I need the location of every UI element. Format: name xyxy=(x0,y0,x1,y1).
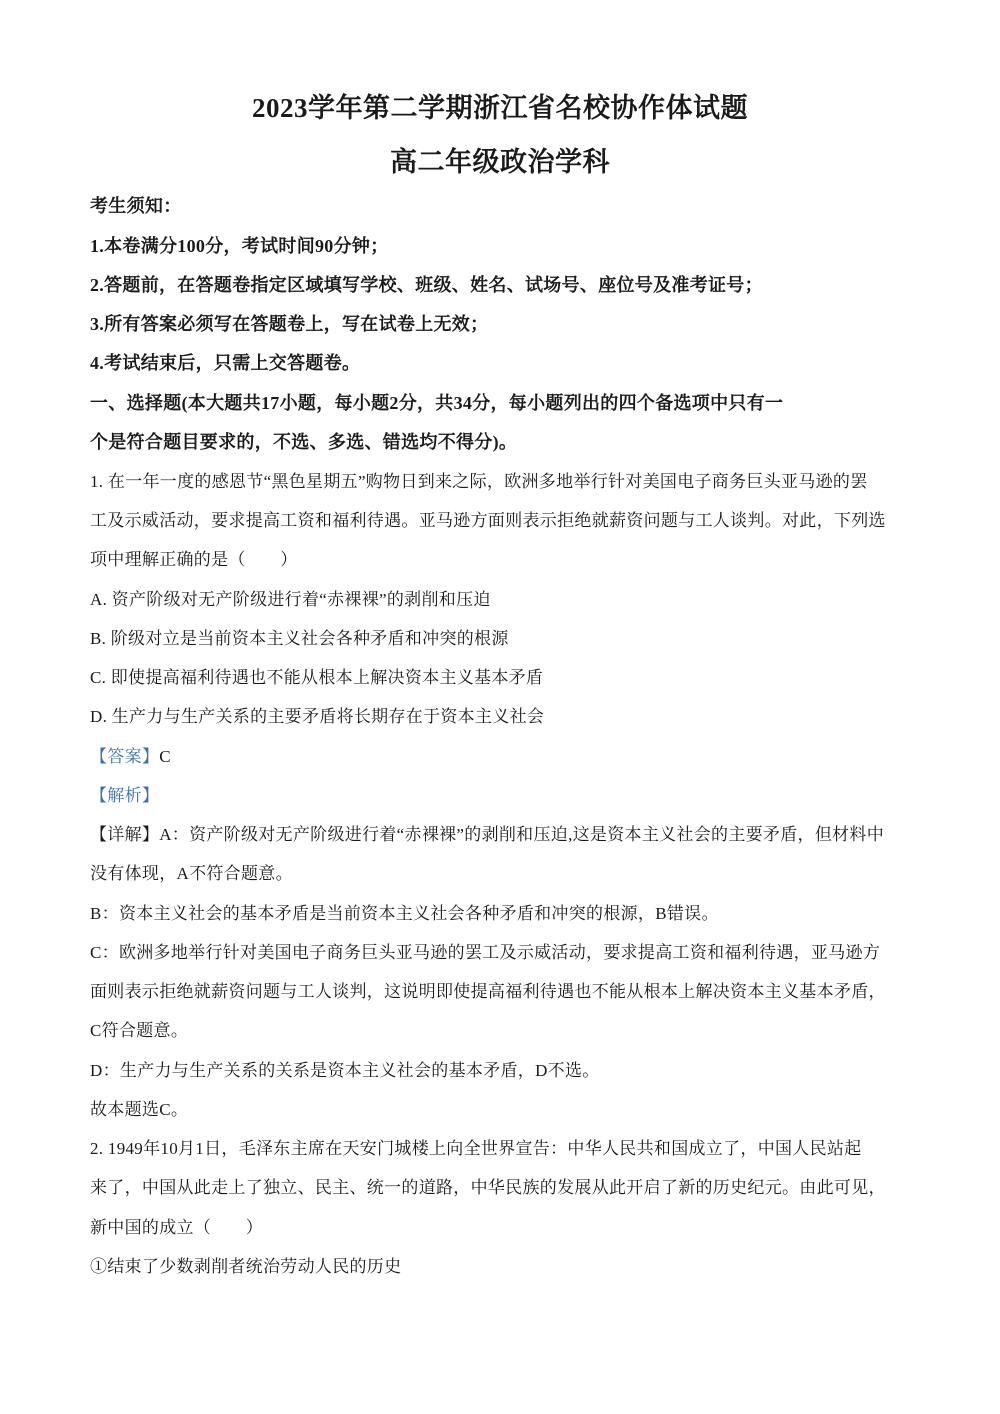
detail-text: B：资本主义社会的基本矛盾是当前资本主义社会各种矛盾和冲突的根源，B错误。 xyxy=(90,899,719,924)
question-stem: 2. 1949年10月1日，毛泽东主席在天安门城楼上向全世界宣告：中华人民共和国… xyxy=(90,1134,862,1159)
question-stem: 项中理解正确的是（ ） xyxy=(90,545,298,570)
notice-item: 1.本卷满分100分，考试时间90分钟； xyxy=(90,232,389,258)
notice-item: 4.考试结束后，只需上交答题卷。 xyxy=(90,349,360,375)
option-c: C. 即使提高福利待遇也不能从根本上解决资本主义基本矛盾 xyxy=(90,663,543,688)
exam-title: 2023学年第二学期浙江省名校协作体试题 xyxy=(0,86,1000,125)
exam-page: 2023学年第二学期浙江省名校协作体试题 高二年级政治学科 考生须知： 1.本卷… xyxy=(0,0,1000,1414)
answer-value: C xyxy=(159,747,171,766)
detail-text: C：欧洲多地举行针对美国电子商务巨头亚马逊的罢工及示威活动，要求提高工资和福利待… xyxy=(90,938,880,963)
question-stem: 新中国的成立（ ） xyxy=(90,1213,263,1238)
detail-text: 没有体现，A不符合题意。 xyxy=(90,859,293,884)
detail-label: 【详解】 xyxy=(90,825,159,844)
notice-item: 2.答题前，在答题卷指定区域填写学校、班级、姓名、试场号、座位号及准考证号； xyxy=(90,271,763,297)
detail-text: C符合题意。 xyxy=(90,1016,188,1041)
detail-text: A：资产阶级对无产阶级进行着“赤裸裸”的剥削和压迫,这是资本主义社会的主要矛盾，… xyxy=(159,825,884,844)
question-stem: 工及示威活动，要求提高工资和福利待遇。亚马逊方面则表示拒绝就薪资问题与工人谈判。… xyxy=(90,506,886,531)
conclusion-text: 故本题选C。 xyxy=(90,1095,188,1120)
analysis-label: 【解析】 xyxy=(90,781,159,806)
section-heading: 个是符合题目要求的，不选、多选、错选均不得分)。 xyxy=(90,428,517,454)
exam-subtitle: 高二年级政治学科 xyxy=(0,140,1000,179)
answer-row: 【答案】C xyxy=(90,742,171,767)
notice-item: 3.所有答案必须写在答题卷上，写在试卷上无效； xyxy=(90,310,488,336)
option-d: D. 生产力与生产关系的主要矛盾将长期存在于资本主义社会 xyxy=(90,702,544,727)
question-stem: 来了，中国从此走上了独立、民主、统一的道路，中华民族的发展从此开启了新的历史纪元… xyxy=(90,1173,886,1198)
notice-heading: 考生须知： xyxy=(90,192,182,218)
option-a: A. 资产阶级对无产阶级进行着“赤裸裸”的剥削和压迫 xyxy=(90,585,491,610)
detail-text: D：生产力与生产关系的关系是资本主义社会的基本矛盾，D不选。 xyxy=(90,1056,600,1081)
question-stem: 1. 在一年一度的感恩节“黑色星期五”购物日到来之际，欧洲多地举行针对美国电子商… xyxy=(90,467,868,492)
detail-row: 【详解】A：资产阶级对无产阶级进行着“赤裸裸”的剥削和压迫,这是资本主义社会的主… xyxy=(90,820,884,845)
answer-label: 【答案】 xyxy=(90,747,159,766)
statement-1: ①结束了少数剥削者统治劳动人民的历史 xyxy=(90,1252,401,1277)
detail-text: 面则表示拒绝就薪资问题与工人谈判，这说明即使提高福利待遇也不能从根本上解决资本主… xyxy=(90,977,886,1002)
option-b: B. 阶级对立是当前资本主义社会各种矛盾和冲突的根源 xyxy=(90,624,509,649)
section-heading: 一、选择题(本大题共17小题，每小题2分，共34分，每小题列出的四个备选项中只有… xyxy=(90,389,783,415)
